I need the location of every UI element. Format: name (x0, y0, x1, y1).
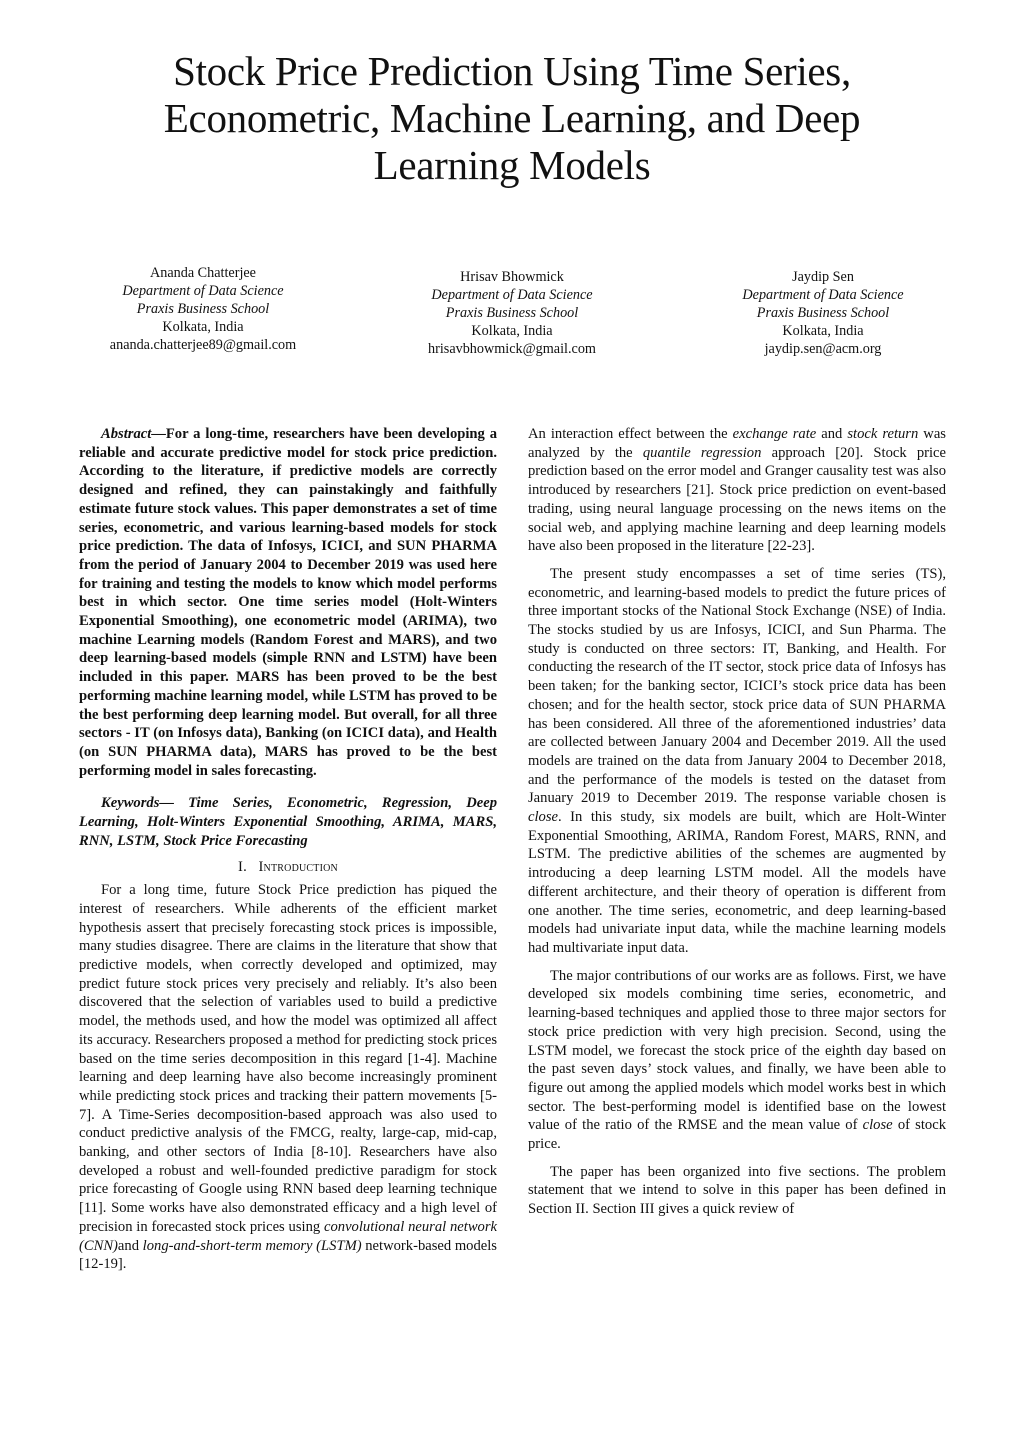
emphasis-text: quantile regression (643, 445, 762, 461)
intro-paragraph-5: The paper has been organized into five s… (528, 1163, 946, 1219)
section-title: Introduction (258, 859, 337, 875)
emphasis-text: stock return (847, 426, 918, 442)
text-run: An interaction effect between the (528, 426, 733, 442)
text-run: The major contributions of our works are… (528, 968, 946, 1134)
emphasis-text: exchange rate (733, 426, 817, 442)
abstract-text: For a long-time, researchers have been d… (79, 426, 497, 779)
intro-paragraph-1: For a long time, future Stock Price pred… (79, 881, 497, 1274)
intro-paragraph-2: An interaction effect between the exchan… (528, 425, 946, 556)
left-column: Abstract—For a long-time, researchers ha… (79, 425, 497, 1283)
text-run: The present study encompasses a set of t… (528, 566, 946, 806)
text-run: and (118, 1238, 143, 1254)
keywords-label: Keywords— (101, 795, 174, 811)
emphasis-text: close (528, 809, 558, 825)
author-institution: Praxis Business School (673, 304, 973, 322)
author-location: Kolkata, India (53, 318, 353, 336)
author-2: Hrisav Bhowmick Department of Data Scien… (362, 268, 662, 358)
intro-paragraph-4: The major contributions of our works are… (528, 967, 946, 1154)
author-email: jaydip.sen@acm.org (673, 340, 973, 358)
paper-title: Stock Price Prediction Using Time Series… (100, 48, 924, 189)
author-email: ananda.chatterjee89@gmail.com (53, 336, 353, 354)
author-3: Jaydip Sen Department of Data Science Pr… (673, 268, 973, 358)
keywords: Keywords— Time Series, Econometric, Regr… (79, 794, 497, 850)
author-department: Department of Data Science (362, 286, 662, 304)
text-run: approach [20]. Stock price prediction ba… (528, 445, 946, 555)
author-department: Department of Data Science (53, 282, 353, 300)
intro-paragraph-3: The present study encompasses a set of t… (528, 565, 946, 958)
section-heading-introduction: I. Introduction (79, 858, 497, 877)
section-number: I. (238, 859, 247, 875)
text-run: . In this study, six models are built, w… (528, 809, 946, 956)
emphasis-text: long-and-short-term memory (LSTM) (143, 1238, 362, 1254)
abstract: Abstract—For a long-time, researchers ha… (79, 425, 497, 780)
abstract-dash: — (151, 426, 166, 442)
abstract-label: Abstract (101, 426, 151, 442)
text-run: For a long time, future Stock Price pred… (79, 882, 497, 1235)
emphasis-text: close (863, 1117, 893, 1133)
author-email: hrisavbhowmick@gmail.com (362, 340, 662, 358)
text-run: and (816, 426, 847, 442)
author-name: Hrisav Bhowmick (362, 268, 662, 286)
author-location: Kolkata, India (673, 322, 973, 340)
author-name: Ananda Chatterjee (53, 264, 353, 282)
author-institution: Praxis Business School (362, 304, 662, 322)
author-department: Department of Data Science (673, 286, 973, 304)
author-institution: Praxis Business School (53, 300, 353, 318)
author-name: Jaydip Sen (673, 268, 973, 286)
author-1: Ananda Chatterjee Department of Data Sci… (53, 264, 353, 354)
author-location: Kolkata, India (362, 322, 662, 340)
right-column: An interaction effect between the exchan… (528, 425, 946, 1228)
